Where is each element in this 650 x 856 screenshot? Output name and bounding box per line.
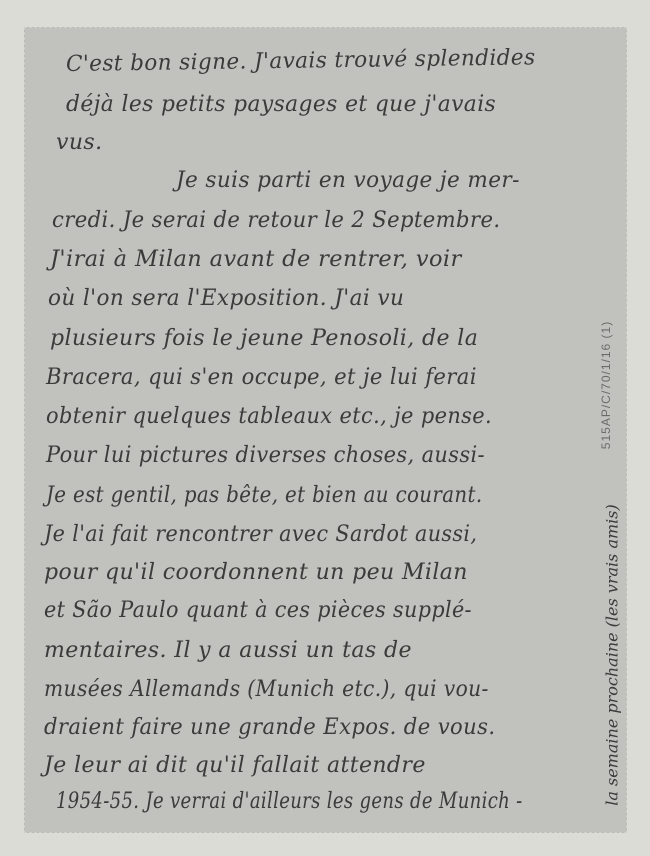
text-line: mentaires. Il y a aussi un tas de <box>44 638 412 663</box>
text-line: et São Paulo quant à ces pièces supplé- <box>44 598 472 623</box>
margin-note: la semaine prochaine (les vrais amis) <box>603 504 622 805</box>
text-line: Pour lui pictures diverses choses, aussi… <box>46 443 485 468</box>
text-line: 1954-55. Je verrai d'ailleurs les gens d… <box>56 789 523 814</box>
text-line: vus. <box>56 130 102 155</box>
text-line: où l'on sera l'Exposition. J'ai vu <box>48 286 404 311</box>
text-line: J'irai à Milan avant de rentrer, voir <box>50 247 462 272</box>
letter-page <box>24 27 627 833</box>
text-line: draient faire une grande Expos. de vous. <box>44 715 495 740</box>
archive-reference-stamp: 515AP/C/70/1/16 (1) <box>599 321 613 449</box>
text-line: musées Allemands (Munich etc.), qui vou- <box>44 677 489 702</box>
text-line: obtenir quelques tableaux etc., je pense… <box>46 404 492 429</box>
text-line: Je l'ai fait rencontrer avec Sardot auss… <box>44 522 477 547</box>
text-line: Je leur ai dit qu'il fallait attendre <box>44 753 426 778</box>
text-line: pour qu'il coordonnent un peu Milan <box>44 560 468 585</box>
text-line: credi. Je serai de retour le 2 Septembre… <box>52 208 500 233</box>
text-line: Bracera, qui s'en occupe, et je lui fera… <box>46 365 477 390</box>
text-line: plusieurs fois le jeune Penosoli, de la <box>50 326 478 351</box>
text-line: Je est gentil, pas bête, et bien au cour… <box>46 483 482 508</box>
text-line: Je suis parti en voyage je mer- <box>176 168 520 193</box>
text-line: déjà les petits paysages et que j'avais <box>66 92 496 117</box>
